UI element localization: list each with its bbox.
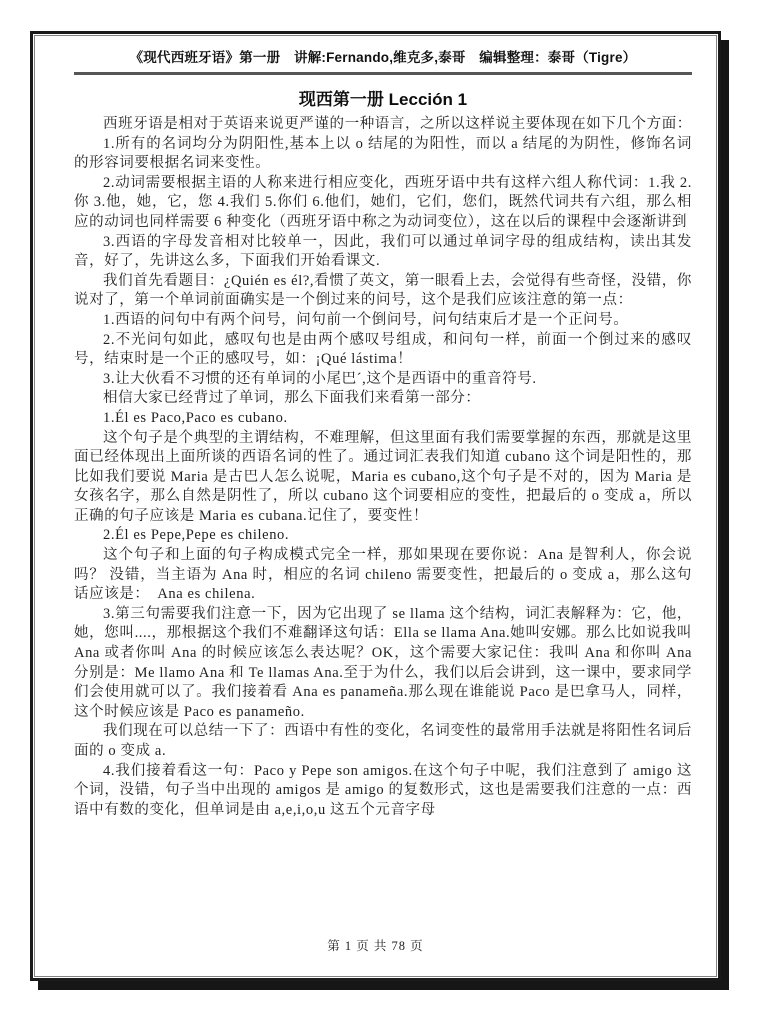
body-paragraph: 2.Él es Pepe,Pepe es chileno. <box>74 526 692 546</box>
body-paragraph: 我们首先看题目：¿Quién es él?,看惯了英文，第一眼看上去，会觉得有些… <box>74 272 692 311</box>
body-paragraph: 这个句子是个典型的主谓结构，不难理解，但这里面有我们需要掌握的东西，那就是这里面… <box>74 429 692 527</box>
body-paragraph: 这个句子和上面的句子构成模式完全一样，那如果现在要你说：Ana 是智利人，你会说… <box>74 546 692 605</box>
body-paragraph: 我们现在可以总结一下了：西语中有性的变化，名词变性的最常用手法就是将阳性名词后面… <box>74 722 692 761</box>
body-paragraph: 1.西语的问句中有两个问号，问句前一个倒问号，问句结束后才是一个正问号。 <box>74 311 692 331</box>
body-paragraph: 西班牙语是相对于英语来说更严谨的一种语言，之所以这样说主要体现在如下几个方面： <box>74 115 692 135</box>
page-number-footer: 第 1 页 共 78 页 <box>35 936 716 954</box>
document-page: 《现代西班牙语》第一册 讲解:Fernando,维克多,泰哥 编辑整理：泰哥（T… <box>30 31 721 981</box>
body-paragraph: 3.让大伙看不习惯的还有单词的小尾巴´,这个是西语中的重音符号. <box>74 370 692 390</box>
body-paragraph: 4.我们接着看这一句：Paco y Pepe son amigos.在这个句子中… <box>74 762 692 821</box>
body-paragraph: 相信大家已经背过了单词，那么下面我们来看第一部分： <box>74 389 692 409</box>
body-paragraph: 3.第三句需要我们注意一下，因为它出现了 se llama 这个结构，词汇表解释… <box>74 605 692 723</box>
body-paragraph: 1.所有的名词均分为阴阳性,基本上以 o 结尾的为阳性，而以 a 结尾的为阴性，… <box>74 135 692 174</box>
document-header: 《现代西班牙语》第一册 讲解:Fernando,维克多,泰哥 编辑整理：泰哥（T… <box>74 50 692 66</box>
body-paragraph: 2.动词需要根据主语的人称来进行相应变化，西班牙语中共有这样六组人称代词：1.我… <box>74 174 692 233</box>
body-paragraph: 2.不光问句如此，感叹句也是由两个感叹号组成，和问句一样，前面一个倒过来的感叹号… <box>74 331 692 370</box>
body-paragraph: 1.Él es Paco,Paco es cubano. <box>74 409 692 429</box>
header-rule <box>74 72 692 75</box>
lesson-title: 现西第一册 Lección 1 <box>74 90 692 110</box>
page-inner-frame: 《现代西班牙语》第一册 讲解:Fernando,维克多,泰哥 编辑整理：泰哥（T… <box>34 35 717 977</box>
document-body: 西班牙语是相对于英语来说更严谨的一种语言，之所以这样说主要体现在如下几个方面：1… <box>74 115 692 820</box>
body-paragraph: 3.西语的字母发音相对比较单一，因此，我们可以通过单词字母的组成结构，读出其发音… <box>74 233 692 272</box>
